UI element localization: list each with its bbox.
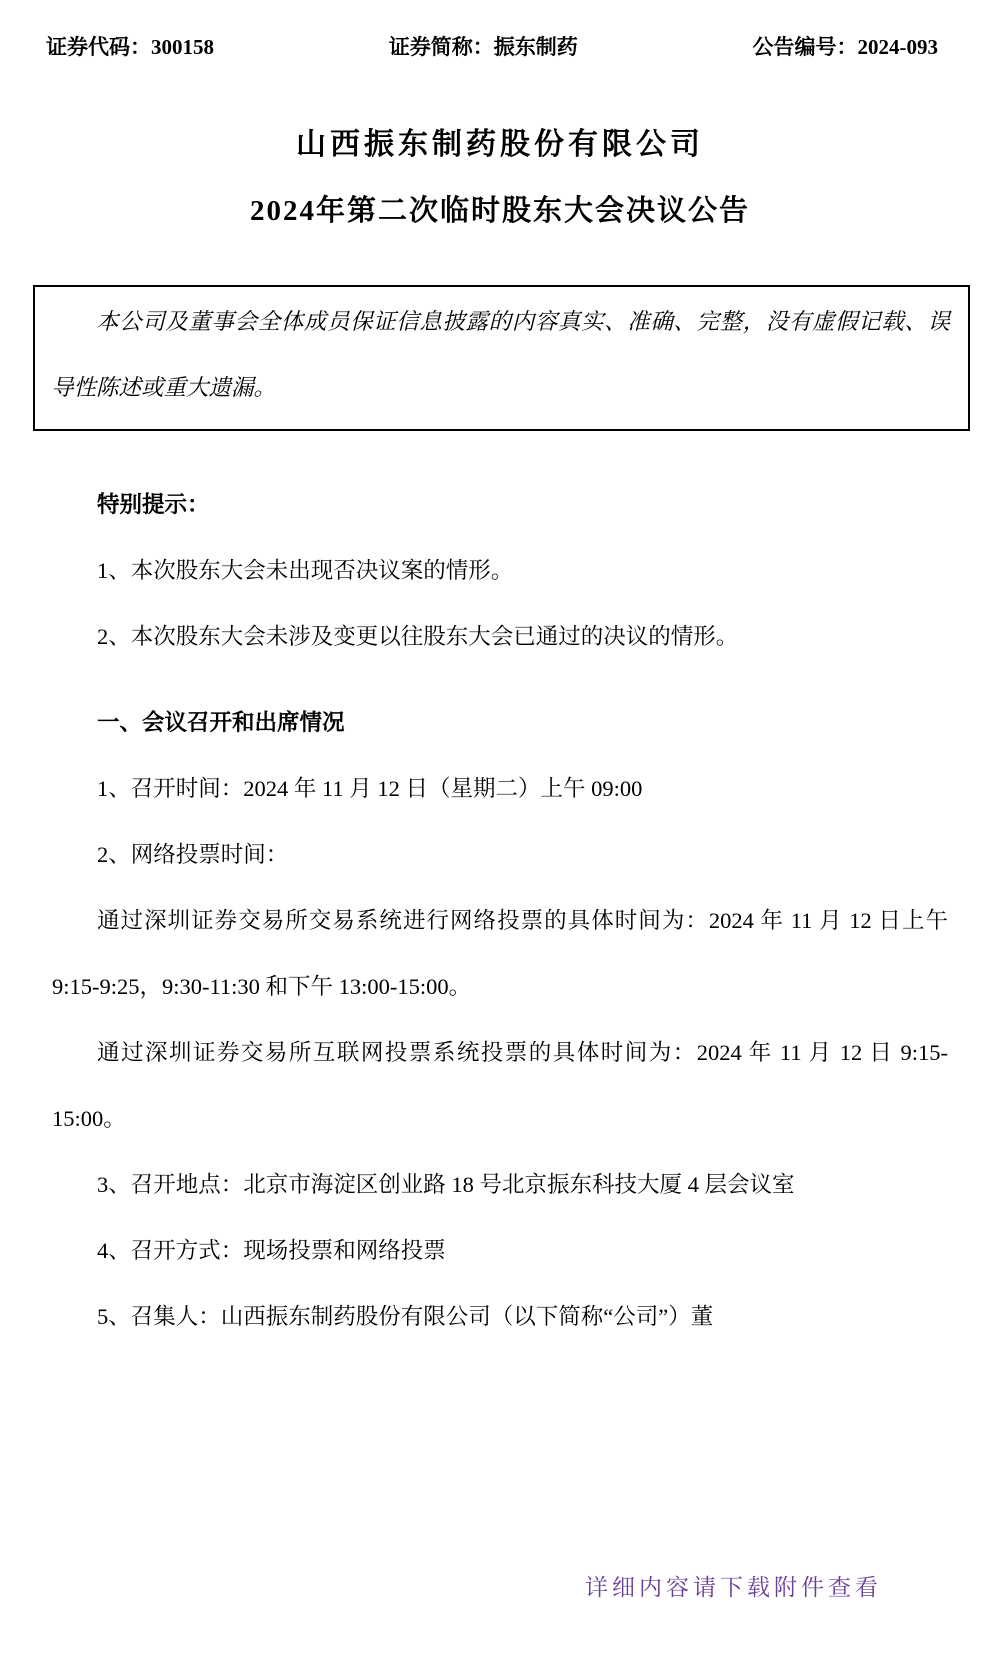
meeting-method-item: 4、召开方式：现场投票和网络投票 bbox=[52, 1218, 948, 1284]
announcement-subtitle: 2024年第二次临时股东大会决议公告 bbox=[0, 193, 1000, 229]
stock-code: 证券代码：300158 bbox=[46, 33, 214, 61]
meeting-location-item: 3、召开地点：北京市海淀区创业路 18 号北京振东科技大厦 4 层会议室 bbox=[52, 1152, 948, 1218]
meeting-time-item: 1、召开时间：2024 年 11 月 12 日（星期二）上午 09:00 bbox=[52, 756, 948, 822]
announcement-page: 证券代码：300158 证券简称：振东制药 公告编号：2024-093 山西振东… bbox=[0, 0, 1000, 1662]
stock-abbreviation: 证券简称：振东制药 bbox=[389, 33, 578, 61]
section1-heading: 一、会议召开和出席情况 bbox=[52, 690, 948, 756]
trading-system-voting-detail: 通过深圳证券交易所交易系统进行网络投票的具体时间为：2024 年 11 月 12… bbox=[52, 888, 948, 1020]
convener-item: 5、召集人：山西振东制药股份有限公司（以下简称“公司”）董 bbox=[52, 1284, 948, 1350]
internet-voting-detail: 通过深圳证券交易所互联网投票系统投票的具体时间为：2024 年 11 月 12 … bbox=[52, 1020, 948, 1152]
attachment-download-note[interactable]: 详细内容请下载附件查看 bbox=[585, 1572, 882, 1604]
notice-item-2: 2、本次股东大会未涉及变更以往股东大会已通过的决议的情形。 bbox=[52, 604, 948, 670]
document-header: 证券代码：300158 证券简称：振东制药 公告编号：2024-093 bbox=[0, 0, 1000, 61]
special-notice-heading: 特别提示： bbox=[52, 472, 948, 538]
announcement-number: 公告编号：2024-093 bbox=[753, 33, 939, 61]
disclaimer-text: 本公司及董事会全体成员保证信息披露的内容真实、准确、完整，没有虚假记载、误导性陈… bbox=[51, 289, 950, 421]
disclaimer-box: 本公司及董事会全体成员保证信息披露的内容真实、准确、完整，没有虚假记载、误导性陈… bbox=[33, 285, 970, 431]
document-body: 特别提示： 1、本次股东大会未出现否决议案的情形。 2、本次股东大会未涉及变更以… bbox=[52, 472, 948, 1350]
notice-item-1: 1、本次股东大会未出现否决议案的情形。 bbox=[52, 538, 948, 604]
company-title: 山西振东制药股份有限公司 bbox=[0, 127, 1000, 163]
online-voting-time-item: 2、网络投票时间： bbox=[52, 822, 948, 888]
